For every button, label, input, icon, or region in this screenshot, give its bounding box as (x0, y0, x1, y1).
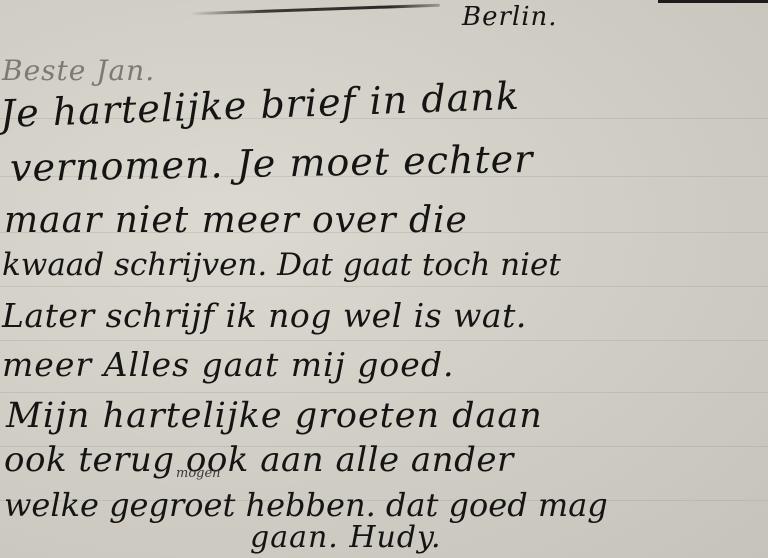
page-edge (658, 0, 768, 3)
letter-line: kwaad schrijven. Dat gaat toch niet (2, 247, 561, 283)
letter-line: maar niet meer over die (4, 200, 468, 241)
ruled-line (0, 392, 768, 393)
ruled-line (0, 340, 768, 341)
salutation: Beste Jan. (2, 54, 155, 87)
letter-line: meer Alles gaat mij goed. (2, 345, 454, 384)
inserted-word: mogen (176, 466, 221, 481)
letter-line: welke gegroet hebben. dat goed mag (4, 486, 608, 524)
letter-page: Berlin. Beste Jan. Je hartelijke brief i… (0, 0, 768, 558)
pen-stroke (190, 4, 440, 16)
letter-line: Mijn hartelijke groeten daan (6, 396, 543, 436)
letter-line: ook terug ook aan alle ander (4, 440, 514, 480)
letter-line: Later schrijf ik nog wel is wat. (2, 296, 527, 335)
place-heading: Berlin. (462, 2, 558, 32)
ruled-line (0, 286, 768, 287)
letter-line: vernomen. Je moet echter (10, 137, 534, 190)
letter-closing-line: gaan. Hudy. (250, 520, 442, 555)
